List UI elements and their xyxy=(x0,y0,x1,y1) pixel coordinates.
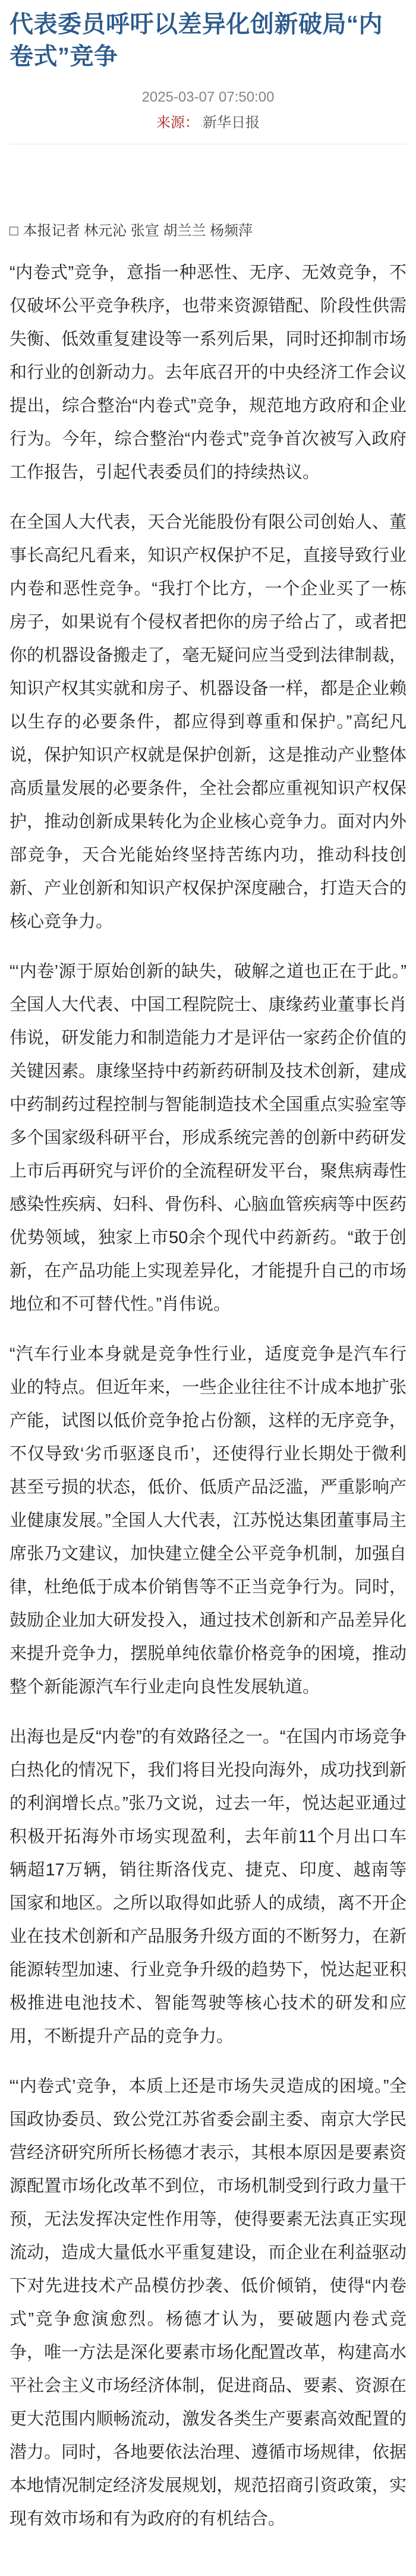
source-name: 新华日报 xyxy=(203,115,260,131)
source-line: 来源：新华日报 xyxy=(10,113,406,132)
article-paragraph: “内卷式”竞争，意指一种恶性、无序、无效竞争，不仅破坏公平竞争秩序，也带来资源错… xyxy=(10,256,406,489)
byline: □本报记者 林元沁 张宣 胡兰兰 杨频萍 xyxy=(10,222,406,241)
article-title: 代表委员呼吁以差异化创新破局“内卷式”竞争 xyxy=(10,8,406,72)
header-divider xyxy=(10,144,406,144)
article-paragraph: “‘内卷式’竞争，本质上还是市场失灵造成的困境。”全国政协委员、致公党江苏省委会… xyxy=(10,2070,406,2536)
source-label: 来源： xyxy=(156,115,199,131)
publish-datetime: 2025-03-07 07:50:00 xyxy=(10,88,406,106)
article-page: 代表委员呼吁以差异化创新破局“内卷式”竞争 2025-03-07 07:50:0… xyxy=(0,0,416,2570)
article-paragraph: 出海也是反“内卷”的有效路径之一。“在国内市场竞争白热化的情况下，我们将目光投向… xyxy=(10,1720,406,2053)
reporter-marker-icon: □ xyxy=(10,223,18,239)
byline-text: 本报记者 林元沁 张宣 胡兰兰 杨频萍 xyxy=(23,223,253,239)
article-paragraph: “‘内卷’源于原始创新的缺失，破解之道也正在于此。”全国人大代表、中国工程院院士… xyxy=(10,955,406,1321)
article-paragraph: “汽车行业本身就是竞争性行业，适度竞争是汽车行业的特点。但近年来，一些企业往往不… xyxy=(10,1338,406,1704)
article-paragraph: 在全国人大代表，天合光能股份有限公司创始人、董事长高纪凡看来，知识产权保护不足，… xyxy=(10,506,406,938)
article-body: “内卷式”竞争，意指一种恶性、无序、无效竞争，不仅破坏公平竞争秩序，也带来资源错… xyxy=(10,256,406,2536)
